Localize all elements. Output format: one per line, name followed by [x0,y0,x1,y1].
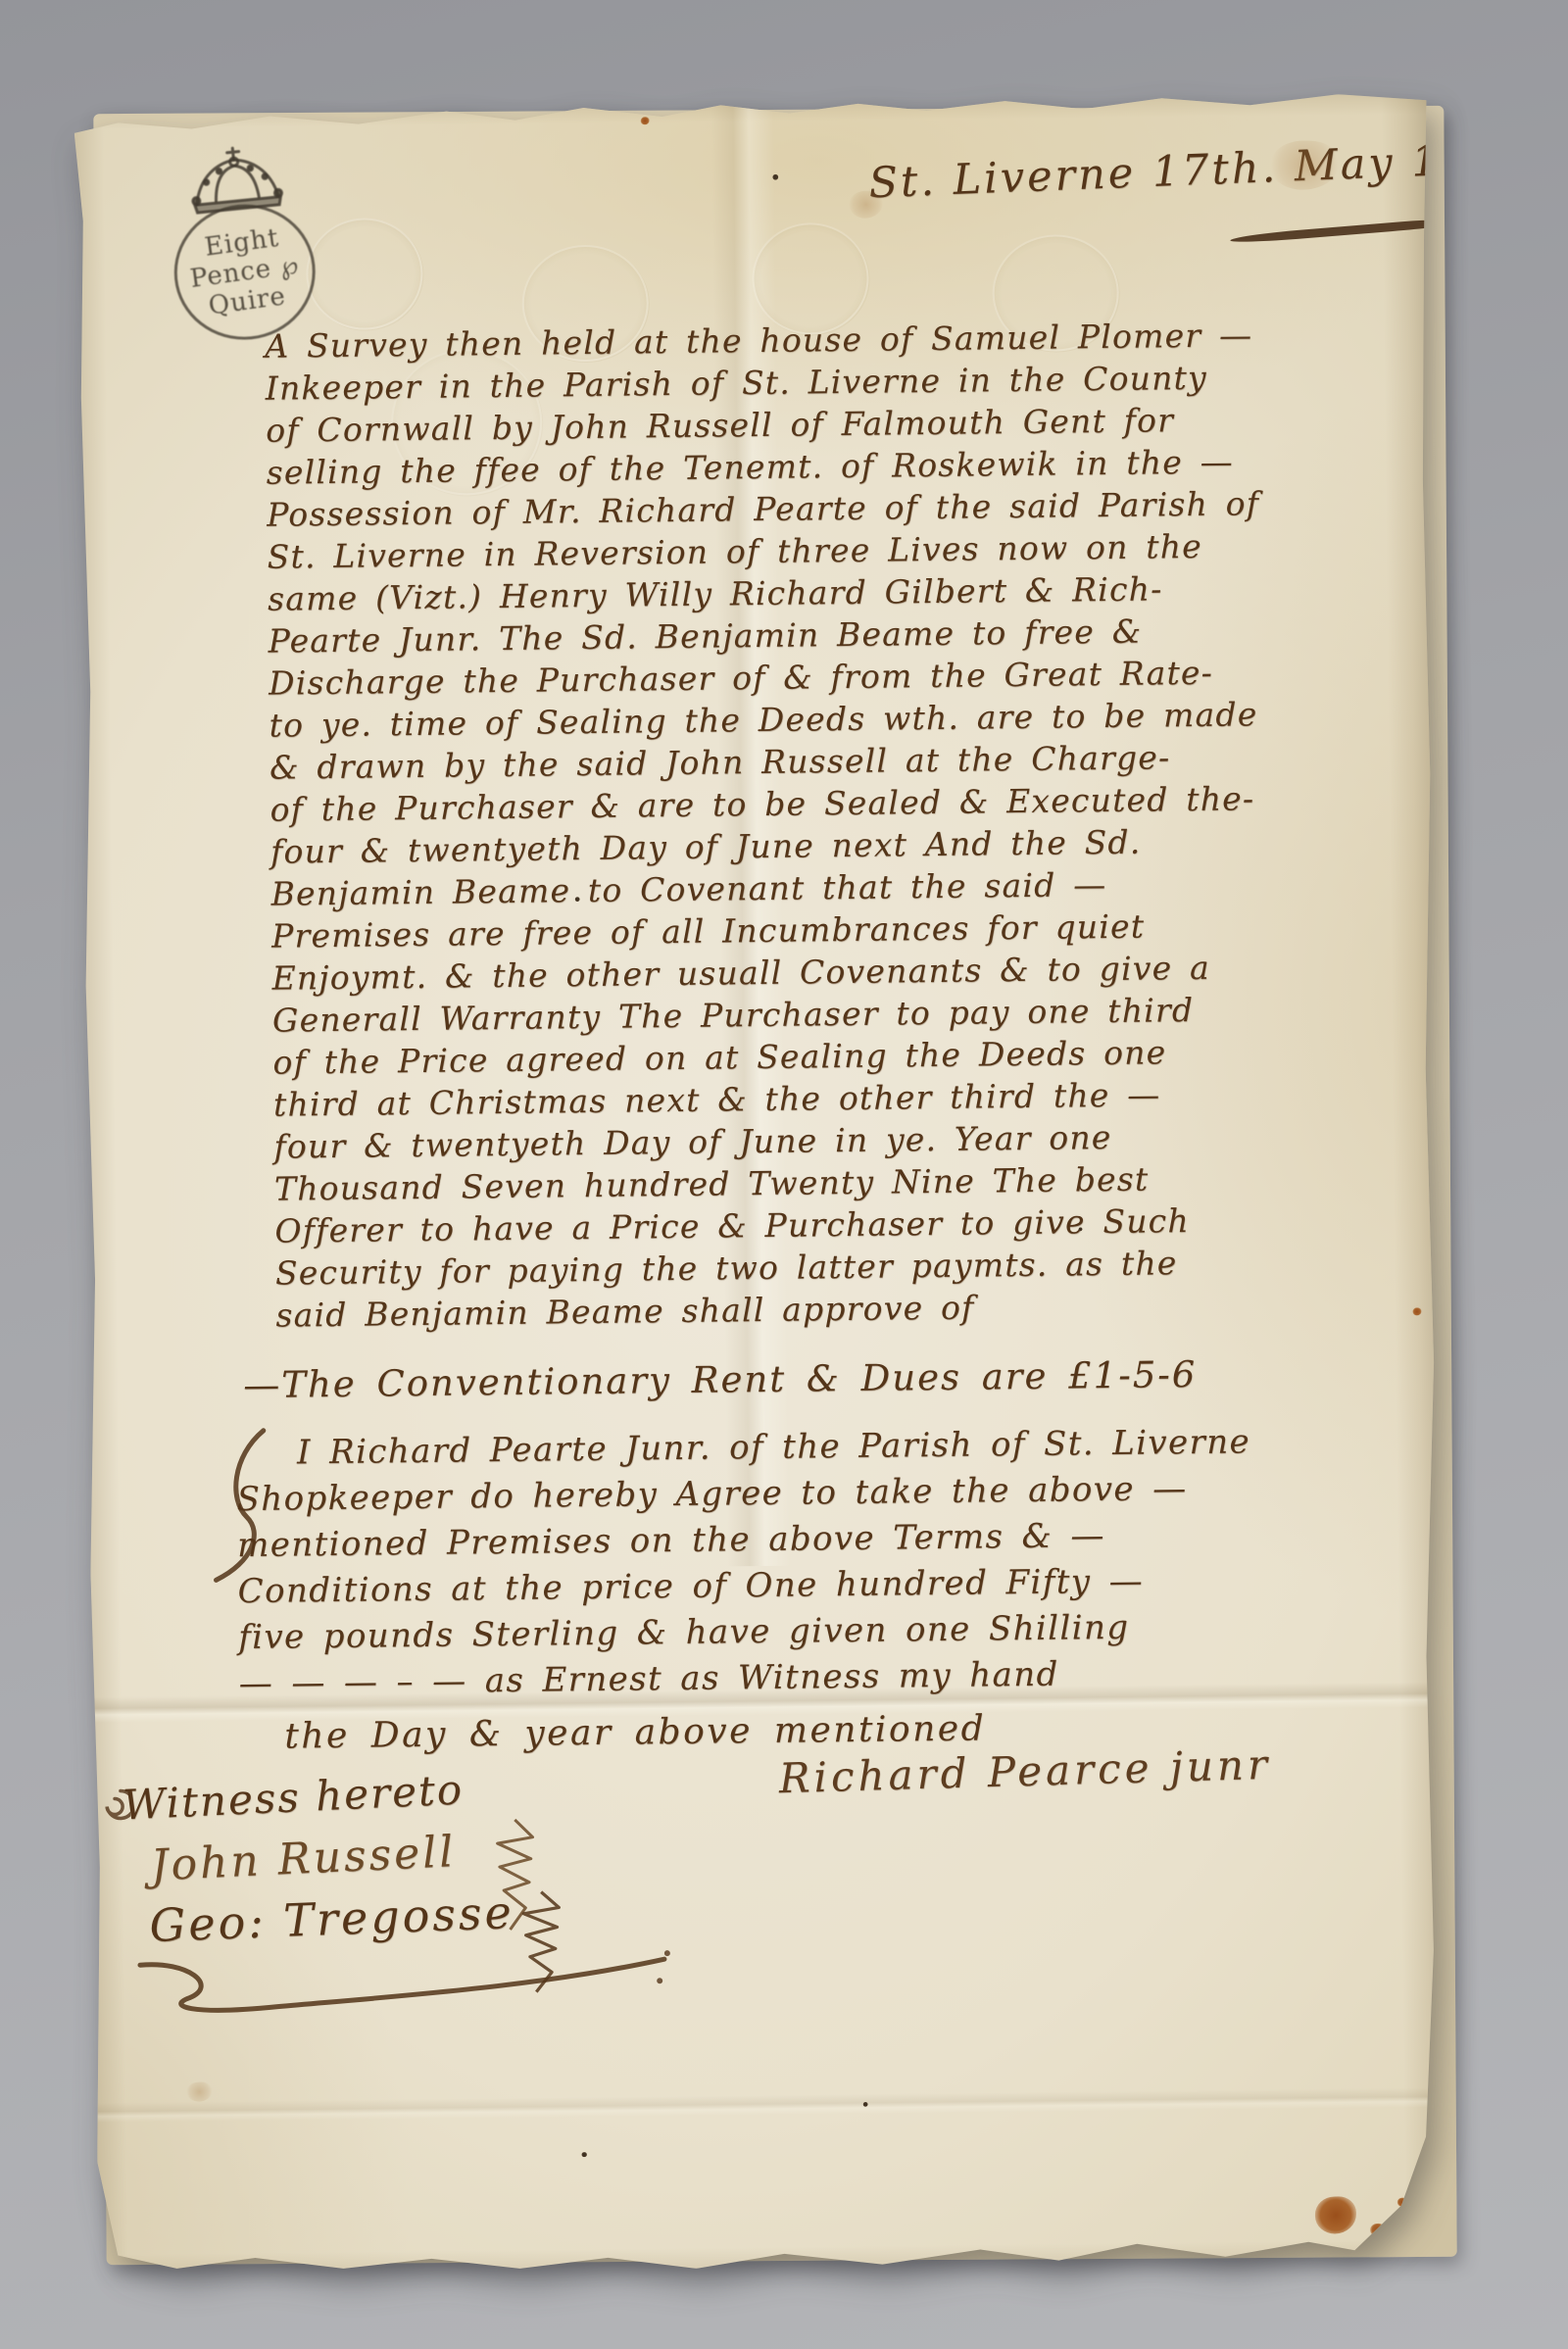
stain [641,117,650,124]
agreement-paragraph: I Richard Pearte Junr. of the Parish of … [236,1418,1396,1707]
stain [772,174,778,180]
witness-label: Witness hereto [122,1765,465,1829]
stain [186,2081,212,2101]
dateline: St. Liverne 17th. May 1728: [868,132,1548,208]
paper-edge-shading [73,104,127,2284]
stain [1315,2196,1356,2233]
rent-line: —The Conventionary Rent & Dues are £1-5-… [243,1353,1197,1406]
stain [849,191,882,219]
witness-signature-2: Geo: Tregosse [149,1885,515,1952]
paper-edge-shading [98,2239,1450,2284]
stain [581,2152,587,2157]
document-paper: Eight Pence ℘ Quire St. Liverne 17th. Ma… [73,88,1450,2284]
witness-signature-1: John Russell [150,1827,458,1890]
body-paragraph: A Survey then held at the house of Samue… [265,313,1413,1337]
closing-line: the Day & year above mentioned [284,1708,986,1756]
photograph-scene: Eight Pence ℘ Quire St. Liverne 17th. Ma… [0,0,1568,2349]
horizontal-fold-crease [97,2087,1449,2123]
pen-underline-flourish [130,1941,680,2026]
